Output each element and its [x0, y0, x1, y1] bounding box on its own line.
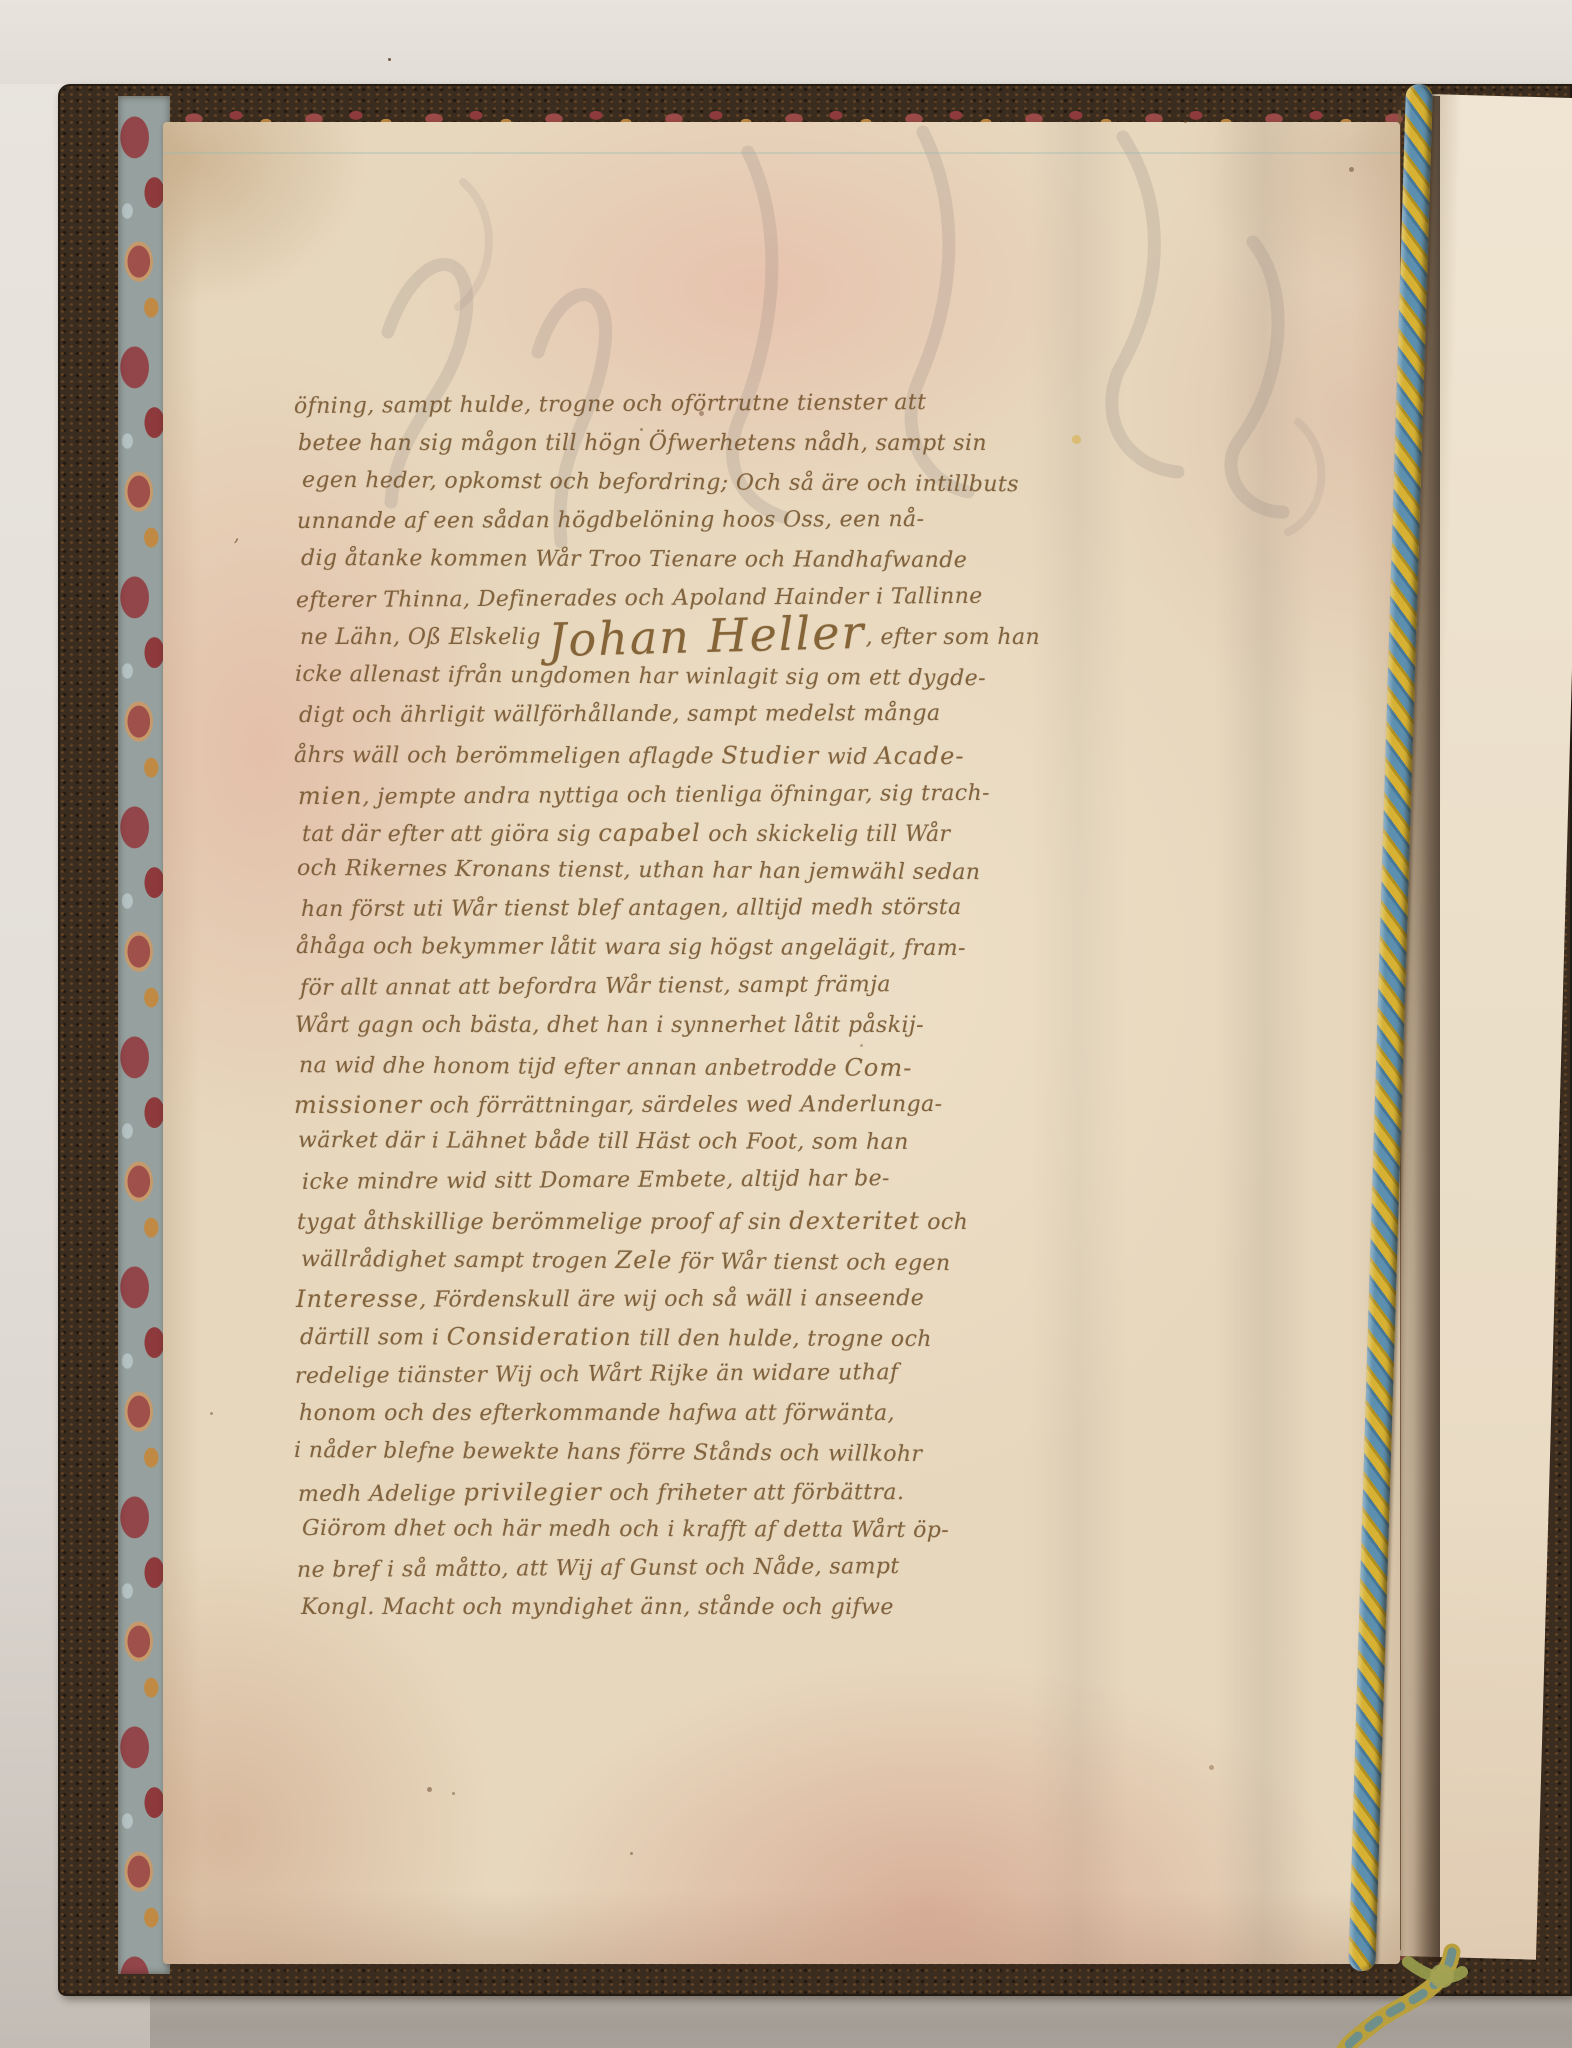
manuscript-line-text: , jempte andra nyttiga och tienliga öfni…: [362, 781, 990, 810]
manuscript-line-text: därtill som i: [300, 1325, 447, 1350]
manuscript-line: betee han sig mågon till högn Öfwerheten…: [298, 431, 987, 456]
manuscript-line-text: för allt annat att befordra Wår tienst, …: [300, 972, 891, 1001]
manuscript-line-text: medh Adelige: [298, 1482, 464, 1508]
margin-mark: ’: [233, 534, 239, 558]
manuscript-line-text: och förrättningar, särdeles wed Anderlun…: [422, 1092, 942, 1119]
manuscript-line: Kongl. Macht och myndighet änn, stånde o…: [301, 1595, 894, 1620]
manuscript-line-text: , efter som han: [866, 625, 1040, 650]
manuscript-line: Giörom dhet och här medh och i krafft af…: [302, 1516, 949, 1543]
manuscript-line-text: unnande af een sådan högdbelöning hoos O…: [297, 507, 924, 534]
manuscript-line: Wårt gagn och bästa, dhet han i synnerhe…: [295, 1013, 924, 1038]
manuscript-line-text: och friheter att förbättra.: [602, 1480, 904, 1506]
manuscript-line-text: till den hulde, trogne och: [632, 1326, 932, 1352]
latin-script-word: Studier: [721, 741, 819, 769]
manuscript-line: och Rikernes Kronans tienst, uthan har h…: [297, 855, 981, 884]
manuscript-line-text: tygat åthskillige berömmelige proof af s…: [297, 1210, 789, 1235]
manuscript-line-text: ne bref i så måtto, att Wij af Gunst och…: [297, 1554, 900, 1583]
latin-script-word: dexteritet: [789, 1207, 920, 1235]
manuscript-line: ne bref i så måtto, att Wij af Gunst och…: [297, 1554, 900, 1583]
manuscript-line: dig åtanke kommen Wår Troo Tienare och H…: [301, 546, 967, 573]
latin-script-word: Zele: [615, 1246, 672, 1274]
manuscript-line-text: icke mindre wid sitt Domare Embete, alti…: [302, 1166, 890, 1195]
page-speckles: [388, 58, 391, 61]
latin-script-word: Com-: [844, 1053, 912, 1081]
manuscript-line-text: honom och des efterkommande hafwa att fö…: [299, 1401, 895, 1426]
manuscript-line-text: wärket där i Lähnet både till Häst och F…: [298, 1128, 909, 1155]
manuscript-line: han först uti Wår tienst blef antagen, a…: [301, 895, 962, 922]
scanner-background-shadow: [150, 1990, 1572, 2048]
manuscript-text: öfning, sampt hulde, trogne och oförtrut…: [298, 392, 1038, 1652]
manuscript-line: därtill som i Consideration till den hul…: [300, 1322, 932, 1352]
latin-script-word: Consideration: [447, 1323, 632, 1352]
manuscript-line: i nåder blefne bewekte hans förre Stånds…: [294, 1438, 923, 1467]
manuscript-line: åhrs wäll och berömmeligen aflagde Studi…: [294, 740, 965, 770]
manuscript-line-text: redelige tiänster Wij och Wårt Rijke än …: [295, 1360, 899, 1389]
manuscript-line-text: icke allenast ifrån ungdomen har winlagi…: [295, 661, 986, 690]
manuscript-line: efterer Thinna, Definerades och Apoland …: [296, 584, 983, 613]
manuscript-line-text: och Rikernes Kronans tienst, uthan har h…: [297, 855, 981, 884]
manuscript-line-text: , Fördenskull äre wij och så wäll i anse…: [419, 1286, 924, 1313]
manuscript-line-text: na wid dhe honom tijd efter annan anbetr…: [299, 1053, 845, 1081]
latin-script-word: Acade-: [875, 742, 964, 770]
manuscript-line-text: och skickelig till Wår: [701, 822, 951, 847]
manuscript-line: tygat åthskillige berömmelige proof af s…: [297, 1207, 968, 1235]
manuscript-line: för allt annat att befordra Wår tienst, …: [300, 972, 891, 1001]
manuscript-line: icke allenast ifrån ungdomen har winlagi…: [295, 661, 986, 690]
manuscript-line: wällrådighet sampt trogen Zele för Wår t…: [301, 1244, 951, 1276]
latin-script-word: mien: [298, 782, 363, 810]
scanner-artifact-line: [163, 152, 1400, 154]
scanner-background-top: [0, 0, 1572, 84]
manuscript-line: öfning, sampt hulde, trogne och oförtrut…: [294, 390, 926, 419]
manuscript-line: digt och ährligit wällförhållande, sampt…: [299, 701, 941, 728]
manuscript-line-text: digt och ährligit wällförhållande, sampt…: [299, 701, 941, 728]
manuscript-line-text: egen heder, opkomst och befordring; Och …: [302, 467, 1019, 497]
manuscript-line-text: wid: [819, 745, 875, 770]
scanned-manuscript: öfning, sampt hulde, trogne och oförtrut…: [0, 0, 1572, 2048]
latin-script-word: missioner: [294, 1091, 422, 1119]
manuscript-line-text: Giörom dhet och här medh och i krafft af…: [302, 1516, 949, 1543]
manuscript-line-text: wällrådighet sampt trogen: [301, 1247, 615, 1274]
manuscript-line: medh Adelige privilegier och friheter at…: [298, 1477, 904, 1507]
manuscript-line-text: Kongl. Macht och myndighet änn, stånde o…: [301, 1595, 894, 1620]
manuscript-line: missioner och förrättningar, särdeles we…: [294, 1089, 943, 1119]
manuscript-line: na wid dhe honom tijd efter annan anbetr…: [299, 1050, 913, 1082]
latin-script-word: capabel: [598, 819, 700, 847]
manuscript-line: mien, jempte andra nyttiga och tienliga …: [298, 778, 990, 810]
manuscript-line-text: efterer Thinna, Definerades och Apoland …: [296, 584, 983, 613]
manuscript-line-text: för Wår tienst och egen: [672, 1249, 950, 1276]
manuscript-line-text: betee han sig mågon till högn Öfwerheten…: [298, 431, 987, 456]
manuscript-line: egen heder, opkomst och befordring; Och …: [302, 467, 1019, 497]
latin-script-word: privilegier: [463, 1478, 602, 1506]
manuscript-line: tat där efter att giöra sig capabel och …: [302, 819, 950, 847]
manuscript-line: åhåga och bekymmer låtit wara sig högst …: [296, 934, 966, 961]
manuscript-line-text: han först uti Wår tienst blef antagen, a…: [301, 895, 962, 922]
manuscript-line: Interesse, Fördenskull äre wij och så wä…: [296, 1283, 924, 1313]
manuscript-line-text: ne Lähn, Oß Elskelig: [300, 625, 548, 650]
manuscript-line: wärket där i Lähnet både till Häst och F…: [298, 1128, 909, 1155]
manuscript-line-text: åhrs wäll och berömmeligen aflagde: [294, 743, 721, 769]
manuscript-line: icke mindre wid sitt Domare Embete, alti…: [302, 1166, 890, 1195]
manuscript-line-text: Wårt gagn och bästa, dhet han i synnerhe…: [295, 1013, 924, 1038]
manuscript-line-text: och: [920, 1210, 968, 1235]
manuscript-line-text: öfning, sampt hulde, trogne och oförtrut…: [294, 390, 926, 419]
manuscript-line-text: tat där efter att giöra sig: [302, 822, 598, 847]
manuscript-line: redelige tiänster Wij och Wårt Rijke än …: [295, 1360, 899, 1389]
manuscript-line: ne Lähn, Oß Elskelig Johan Heller, efter…: [300, 625, 1040, 650]
manuscript-line-text: dig åtanke kommen Wår Troo Tienare och H…: [301, 546, 967, 573]
latin-script-word: Interesse: [296, 1285, 419, 1313]
manuscript-line-text: åhåga och bekymmer låtit wara sig högst …: [296, 934, 966, 961]
manuscript-line: honom och des efterkommande hafwa att fö…: [299, 1401, 895, 1426]
name-johan-heller: Johan Heller: [548, 632, 865, 640]
manuscript-line-text: i nåder blefne bewekte hans förre Stånds…: [294, 1438, 923, 1467]
manuscript-line: unnande af een sådan högdbelöning hoos O…: [297, 507, 924, 534]
